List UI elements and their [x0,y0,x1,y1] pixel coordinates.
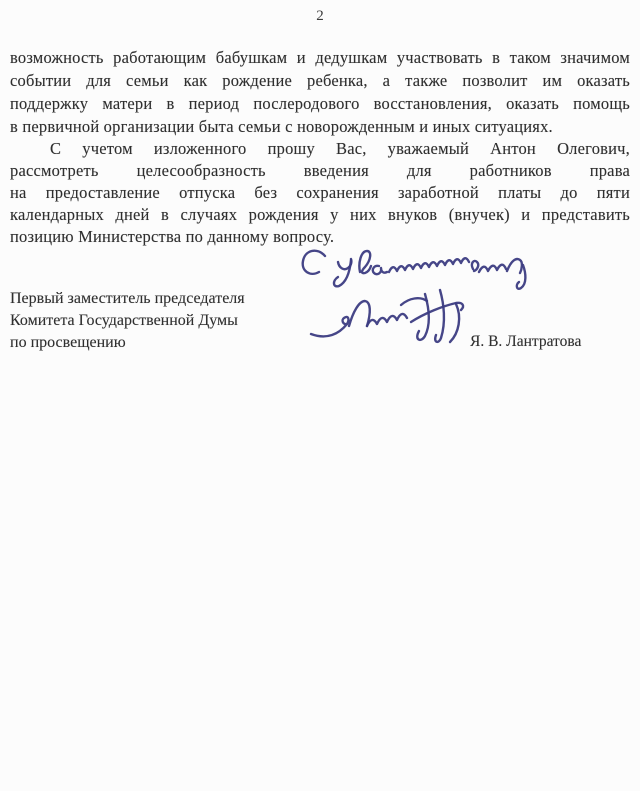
body-line: возможность работающим бабушкам и дедушк… [10,46,630,69]
scanned-letter-page: 2 возможность работающим бабушкам и деду… [0,0,640,791]
signatory-name: Я. В. Лантратова [470,333,581,351]
body-line: в первичной организации быта семьи с нов… [10,115,630,138]
handwritten-closing-stroke [303,251,526,289]
body-line: календарных дней в случаях рождения у ни… [10,204,630,226]
paragraph-2: С учетом изложенного прошу Вас, уважаемы… [10,138,630,248]
page-number: 2 [0,8,640,25]
body-line: рассмотреть целесообразность введения дл… [10,160,630,182]
signature-flourish-stroke [311,290,463,342]
position-line: Комитета Государственной Думы [10,310,310,332]
signatory-position-block: Первый заместитель председателя Комитета… [10,288,310,354]
position-line: по просвещению [10,332,310,354]
paragraph-1: возможность работающим бабушкам и дедушк… [10,46,630,138]
body-line: событии для семьи как рождение ребенка, … [10,69,630,92]
body-line: на предоставление отпуска без сохранения… [10,182,630,204]
body-line: поддержку матери в период послеродового … [10,92,630,115]
position-line: Первый заместитель председателя [10,288,310,310]
body-line: С учетом изложенного прошу Вас, уважаемы… [10,138,630,160]
